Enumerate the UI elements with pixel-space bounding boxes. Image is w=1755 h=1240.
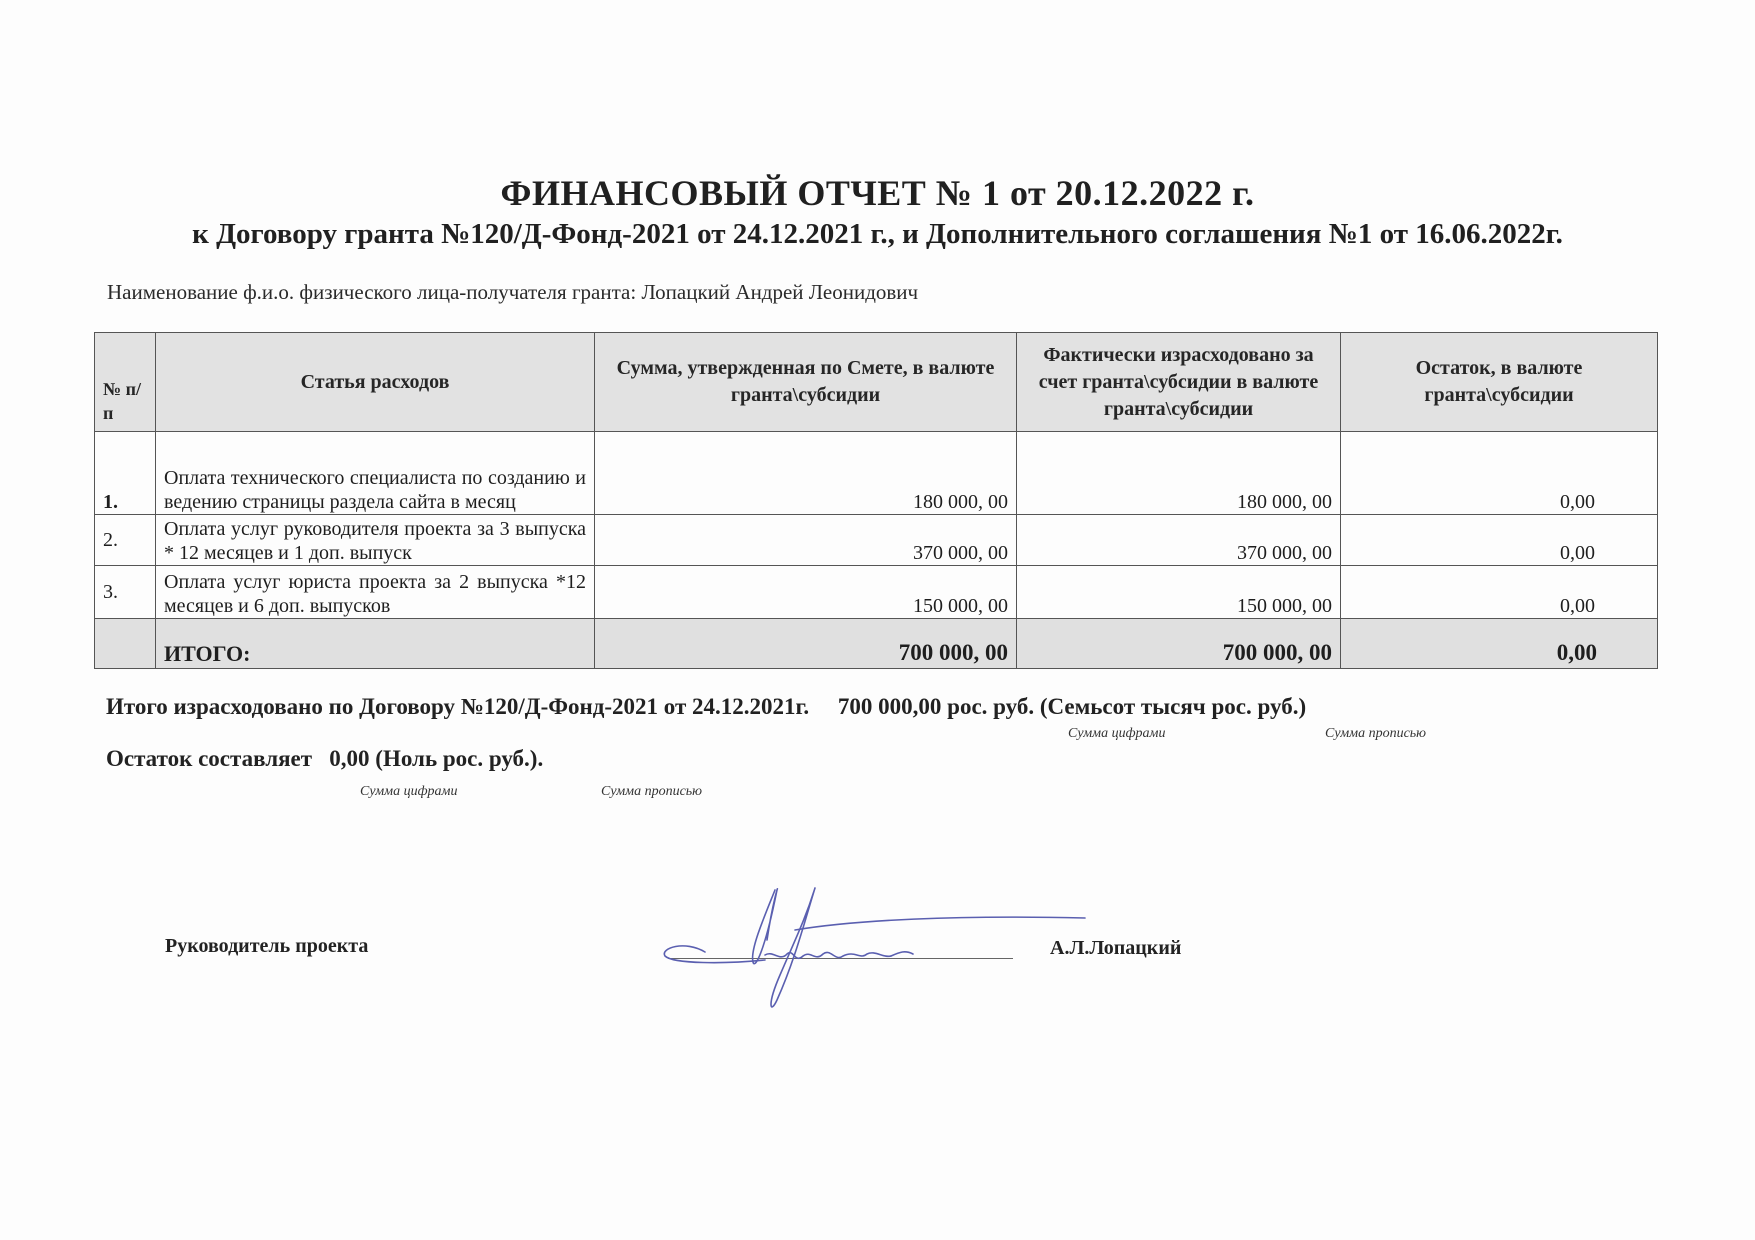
row-item: Оплата технического специалиста по созда… xyxy=(156,432,595,515)
row-item: Оплата услуг руководителя проекта за 3 в… xyxy=(156,515,595,566)
hint-words: Сумма прописью xyxy=(1325,726,1426,742)
header-spent: Фактически израсходовано за счет гранта\… xyxy=(1017,333,1341,432)
total-spent-statement: Итого израсходовано по Договору №120/Д-Ф… xyxy=(106,694,1306,720)
header-remainder: Остаток, в валюте гранта\субсидии xyxy=(1341,333,1658,432)
signer-role: Руководитель проекта xyxy=(165,935,368,958)
row-spent: 150 000, 00 xyxy=(1017,566,1341,619)
row-num: 2. xyxy=(95,515,156,566)
row-spent: 370 000, 00 xyxy=(1017,515,1341,566)
row-remainder: 0,00 xyxy=(1341,566,1658,619)
grant-recipient: Наименование ф.и.о. физического лица-пол… xyxy=(107,280,918,305)
header-approved: Сумма, утвержденная по Смете, в валюте г… xyxy=(595,333,1017,432)
hint-words: Сумма прописью xyxy=(601,784,702,800)
header-num: № п/п xyxy=(95,333,156,432)
total-num xyxy=(95,619,156,669)
total-spent: 700 000, 00 xyxy=(1017,619,1341,669)
row-remainder: 0,00 xyxy=(1341,432,1658,515)
hint-digits: Сумма цифрами xyxy=(360,784,457,800)
total-approved: 700 000, 00 xyxy=(595,619,1017,669)
table-total-row: ИТОГО: 700 000, 00 700 000, 00 0,00 xyxy=(95,619,1658,669)
total-label: ИТОГО: xyxy=(156,619,595,669)
row-approved: 150 000, 00 xyxy=(595,566,1017,619)
table-row: 2. Оплата услуг руководителя проекта за … xyxy=(95,515,1658,566)
row-num: 1. xyxy=(95,432,156,515)
expense-table: № п/п Статья расходов Сумма, утвержденна… xyxy=(94,332,1658,669)
row-remainder: 0,00 xyxy=(1341,515,1658,566)
remainder-statement: Остаток составляет 0,00 (Ноль рос. руб.)… xyxy=(106,746,543,772)
row-spent: 180 000, 00 xyxy=(1017,432,1341,515)
report-title: ФИНАНСОВЫЙ ОТЧЕТ № 1 от 20.12.2022 г. xyxy=(0,172,1755,214)
row-num: 3. xyxy=(95,566,156,619)
row-item: Оплата услуг юриста проекта за 2 выпуска… xyxy=(156,566,595,619)
hint-digits: Сумма цифрами xyxy=(1068,726,1165,742)
table-row: 1. Оплата технического специалиста по со… xyxy=(95,432,1658,515)
row-approved: 180 000, 00 xyxy=(595,432,1017,515)
table-header-row: № п/п Статья расходов Сумма, утвержденна… xyxy=(95,333,1658,432)
signer-name: А.Л.Лопацкий xyxy=(1050,937,1181,960)
report-subtitle: к Договору гранта №120/Д-Фонд-2021 от 24… xyxy=(0,218,1755,251)
header-item: Статья расходов xyxy=(156,333,595,432)
table-row: 3. Оплата услуг юриста проекта за 2 выпу… xyxy=(95,566,1658,619)
row-approved: 370 000, 00 xyxy=(595,515,1017,566)
total-remainder: 0,00 xyxy=(1341,619,1658,669)
